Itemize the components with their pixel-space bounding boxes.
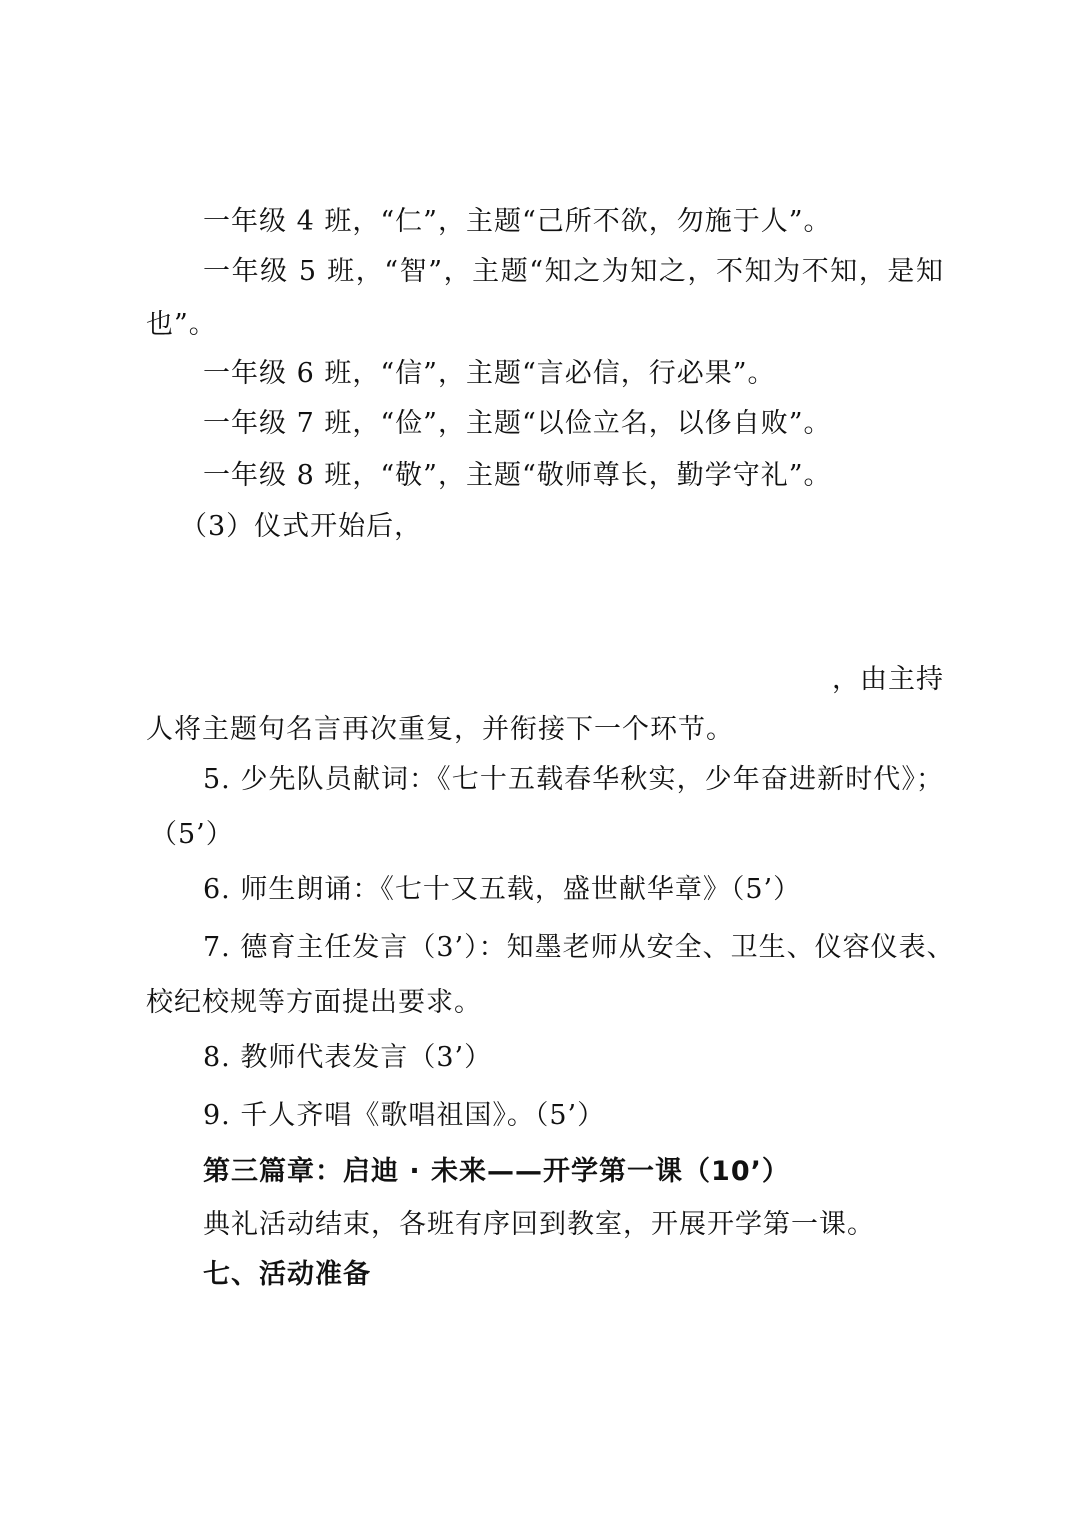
chapter-3-body: 典礼活动结束，各班有序回到教室，开展开学第一课。	[203, 1205, 944, 1245]
class-5-theme-line-continued: 也”。	[146, 305, 944, 345]
ceremony-step-3-end: 人将主题句名言再次重复，并衔接下一个环节。	[146, 710, 944, 750]
document-page: 一年级 4 班，“仁”，主题“己所不欲，勿施于人”。 一年级 5 班，“智”，主…	[0, 0, 1080, 1527]
class-6-theme-line: 一年级 6 班，“信”，主题“言必信，行必果”。	[203, 354, 944, 394]
chapter-3-heading: 第三篇章：启迪 · 未来——开学第一课（10’）	[203, 1152, 944, 1192]
program-item-7: 7. 德育主任发言（3’）：知墨老师从安全、卫生、仪容仪表、	[203, 928, 944, 968]
class-5-theme-line: 一年级 5 班，“智”，主题“知之为知之，不知为不知，是知	[203, 252, 944, 292]
class-8-theme-line: 一年级 8 班，“敬”，主题“敬师尊长，勤学守礼”。	[203, 456, 944, 496]
program-item-5: 5. 少先队员献词：《七十五载春华秋实，少年奋进新时代》；	[203, 760, 944, 800]
ceremony-step-3-start: （3）仪式开始后，	[180, 507, 944, 547]
ceremony-step-3-continued: ，由主持	[146, 660, 944, 700]
program-item-9: 9. 千人齐唱《歌唱祖国》。（5’）	[203, 1096, 944, 1136]
class-4-theme-line: 一年级 4 班，“仁”，主题“己所不欲，勿施于人”。	[203, 202, 944, 242]
program-item-8: 8. 教师代表发言（3’）	[203, 1038, 944, 1078]
program-item-5-duration: （5’）	[150, 815, 948, 855]
program-item-7-continued: 校纪校规等方面提出要求。	[146, 983, 944, 1023]
class-7-theme-line: 一年级 7 班，“俭”，主题“以俭立名，以侈自败”。	[203, 404, 944, 444]
program-item-6: 6. 师生朗诵：《七十又五载，盛世献华章》（5’）	[203, 870, 944, 910]
section-7-heading: 七、活动准备	[203, 1255, 944, 1295]
